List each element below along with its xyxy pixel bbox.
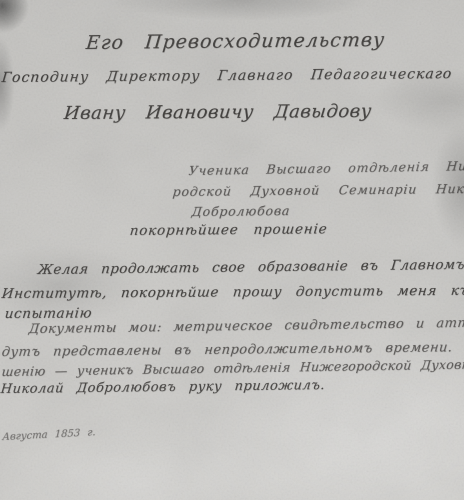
salutation-line-2: Господину Директору Главнаго Педагогичес… (1, 65, 464, 86)
petitioner-line-1: Ученика Высшаго отдѣленія Нижего- (188, 157, 464, 178)
salutation-line-3: Ивану Ивановичу Давыдову (63, 101, 373, 124)
date-line: Августа 1853 г. (2, 427, 96, 443)
body-paragraph1-line-3: испытанію (4, 305, 93, 322)
body-paragraph1-line-2: Институтѣ, покорнѣйше прошу допустить ме… (1, 282, 464, 302)
body-paragraph1-line-1: Желая продолжать свое образованіе въ Гла… (37, 255, 464, 278)
salutation-line-1: Его Превосходительству (85, 29, 386, 54)
signature-line: Николай Добролюбовъ руку приложилъ. (0, 378, 326, 397)
petitioner-line-3: Добролюбова (191, 203, 291, 219)
body-paragraph2-line-1: Документы мои: метрическое свидѣтельство… (28, 314, 464, 337)
petitioner-line-2: родской Духовной Семинаріи Николая (172, 181, 464, 199)
manuscript-photo: Его Превосходительству Господину Директо… (0, 0, 464, 500)
petition-title: покорнѣйшее прошеніе (129, 221, 328, 239)
